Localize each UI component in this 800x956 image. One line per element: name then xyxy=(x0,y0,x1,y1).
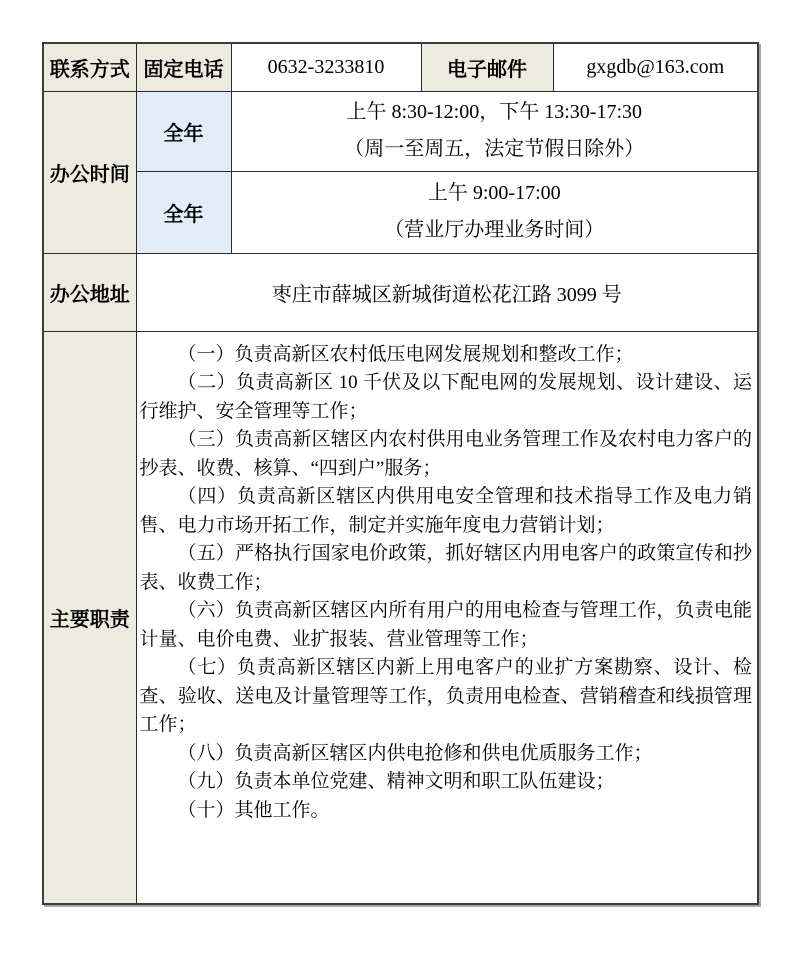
phone-label: 固定电话 xyxy=(136,43,231,91)
responsibility-item-10: （十）其他工作。 xyxy=(140,797,753,826)
responsibility-item-7: （七）负责高新区辖区内新上用电客户的业扩方案勘察、设计、检查、验收、送电及计量管… xyxy=(140,654,753,740)
contact-row-label: 联系方式 xyxy=(43,43,136,91)
address-row: 办公地址 枣庄市薛城区新城街道松花江路 3099 号 xyxy=(43,253,758,331)
responsibility-item-1: （一）负责高新区农村低压电网发展规划和整改工作； xyxy=(140,341,753,370)
office-hours-time-1: 上午 8:30-12:00，下午 13:30-17:30 xyxy=(232,94,758,131)
office-hours-detail-1: 上午 8:30-12:00，下午 13:30-17:30 （周一至周五，法定节假… xyxy=(231,91,758,171)
email-label: 电子邮件 xyxy=(421,43,553,91)
responsibilities-content: （一）负责高新区农村低压电网发展规划和整改工作； （二）负责高新区 10 千伏及… xyxy=(136,331,758,904)
office-hours-row-2: 全年 上午 9:00-17:00 （营业厅办理业务时间） xyxy=(43,171,758,253)
address-value: 枣庄市薛城区新城街道松花江路 3099 号 xyxy=(136,253,758,331)
address-row-label: 办公地址 xyxy=(43,253,136,331)
responsibility-item-9: （九）负责本单位党建、精神文明和职工队伍建设； xyxy=(140,768,753,797)
contact-row: 联系方式 固定电话 0632-3233810 电子邮件 gxgdb@163.co… xyxy=(43,43,758,91)
responsibility-item-2: （二）负责高新区 10 千伏及以下配电网的发展规划、设计建设、运行维护、安全管理… xyxy=(140,369,753,426)
responsibility-item-5: （五）严格执行国家电价政策，抓好辖区内用电客户的政策宣传和抄表、收费工作； xyxy=(140,540,753,597)
office-hours-note-1: （周一至周五，法定节假日除外） xyxy=(232,131,758,168)
responsibilities-row: 主要职责 （一）负责高新区农村低压电网发展规划和整改工作； （二）负责高新区 1… xyxy=(43,331,758,904)
responsibilities-row-label: 主要职责 xyxy=(43,331,136,904)
responsibility-item-3: （三）负责高新区辖区内农村供用电业务管理工作及农村电力客户的抄表、收费、核算、“… xyxy=(140,426,753,483)
responsibility-item-4: （四）负责高新区辖区内供用电安全管理和技术指导工作及电力销售、电力市场开拓工作，… xyxy=(140,483,753,540)
office-hours-scope-1: 全年 xyxy=(136,91,231,171)
office-hours-detail-2: 上午 9:00-17:00 （营业厅办理业务时间） xyxy=(231,171,758,253)
office-hours-time-2: 上午 9:00-17:00 xyxy=(232,175,758,212)
responsibility-item-6: （六）负责高新区辖区内所有用户的用电检查与管理工作，负责电能计量、电价电费、业扩… xyxy=(140,597,753,654)
page: 联系方式 固定电话 0632-3233810 电子邮件 gxgdb@163.co… xyxy=(0,0,800,956)
email-value: gxgdb@163.com xyxy=(553,43,758,91)
office-hours-note-2: （营业厅办理业务时间） xyxy=(232,212,758,249)
responsibility-item-8: （八）负责高新区辖区内供电抢修和供电优质服务工作； xyxy=(140,740,753,769)
office-hours-scope-2: 全年 xyxy=(136,171,231,253)
office-hours-row-1: 办公时间 全年 上午 8:30-12:00，下午 13:30-17:30 （周一… xyxy=(43,91,758,171)
phone-value: 0632-3233810 xyxy=(231,43,421,91)
info-table: 联系方式 固定电话 0632-3233810 电子邮件 gxgdb@163.co… xyxy=(42,42,759,905)
office-hours-row-label: 办公时间 xyxy=(43,91,136,253)
